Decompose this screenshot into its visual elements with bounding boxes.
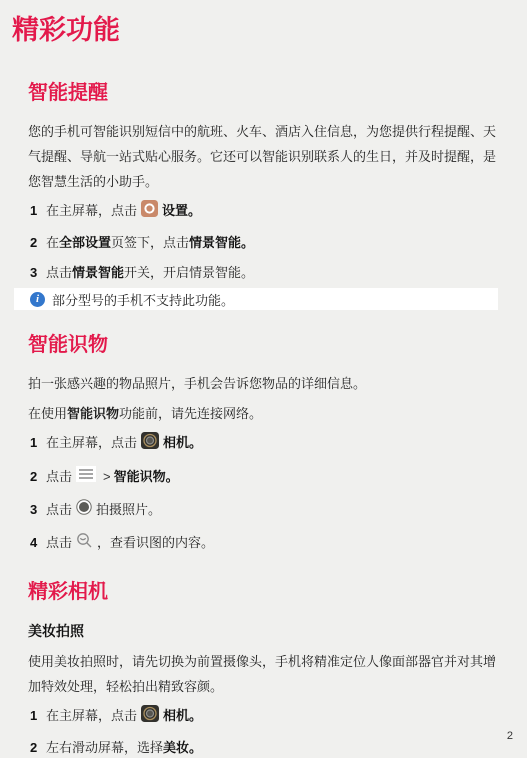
step-number: 2 [30, 234, 46, 251]
image-recognition-magnifier-icon [76, 532, 93, 553]
step-number: 1 [30, 434, 46, 451]
step-text: 页签下，点击 [111, 234, 189, 251]
step-item: 4 点击 ，查看识图的内容。 [30, 532, 507, 553]
step-number: 1 [30, 202, 46, 219]
step-text: 在主屏幕，点击 [46, 202, 137, 219]
step-text: 在主屏幕，点击 [46, 434, 137, 451]
step-bold-label: 情景智能 [72, 264, 124, 281]
info-icon: i [30, 292, 45, 307]
step-number: 2 [30, 468, 46, 485]
step-text: 拍摄照片。 [96, 501, 161, 518]
step-item: 3 点击 情景智能 开关，开启情景智能。 [30, 264, 507, 281]
step-bold-label: 相机。 [163, 434, 202, 451]
step-item: 3 点击 拍摄照片。 [30, 499, 507, 519]
sub-heading-beauty-mode: 美妆拍照 [28, 623, 499, 640]
step-text: 点击 [46, 468, 72, 485]
step-item: 1 在主屏幕，点击 相机。 [30, 705, 507, 726]
step-item: 2 在 全部设置 页签下，点击 情景智能。 [30, 234, 507, 251]
inline-bold-label: 智能识物 [67, 406, 119, 421]
step-text: 左右滑动屏幕，选择 [46, 739, 163, 756]
section-intro: 使用美妆拍照时，请先切换为前置摄像头，手机将精准定位人像面部器官并对其增加特效处… [28, 649, 501, 699]
note-banner: i 部分型号的手机不支持此功能。 [14, 288, 498, 310]
camera-menu-icon [76, 466, 96, 486]
page-number: 2 [507, 730, 513, 742]
step-text: 在主屏幕，点击 [46, 707, 137, 724]
step-number: 3 [30, 501, 46, 518]
step-item: 1 在主屏幕，点击 设置。 [30, 200, 507, 221]
step-number: 3 [30, 264, 46, 281]
step-list: 1 在主屏幕，点击 设置。 2 在 全部设置 页签下，点击 情景智能。 3 点击… [0, 200, 527, 281]
step-bold-label: 相机。 [163, 707, 202, 724]
note-text: 部分型号的手机不支持此功能。 [52, 290, 234, 309]
step-text: 在 [46, 234, 59, 251]
section-heading: 智能提醒 [28, 81, 527, 105]
camera-app-icon [141, 705, 159, 726]
step-bold-label: 情景智能。 [189, 234, 254, 251]
step-bold-label: 美妆。 [163, 739, 202, 756]
section-object-recognition: 智能识物 拍一张感兴趣的物品照片，手机会告诉您物品的详细信息。 在使用智能识物功… [0, 333, 527, 553]
step-text: 点击 [46, 534, 72, 551]
section-smart-reminder: 智能提醒 您的手机可智能识别短信中的航班、火车、酒店入住信息，为您提供行程提醒、… [0, 81, 527, 310]
section-intro: 拍一张感兴趣的物品照片，手机会告诉您物品的详细信息。 [28, 371, 501, 396]
chevron-separator: > [103, 468, 111, 485]
step-text: 点击 [46, 501, 72, 518]
step-text: 点击 [46, 264, 72, 281]
section-heading: 智能识物 [28, 333, 527, 357]
section-heading: 精彩相机 [28, 580, 527, 604]
settings-app-icon [141, 200, 158, 221]
step-text: 开关，开启情景智能。 [124, 264, 254, 281]
section-intro: 您的手机可智能识别短信中的航班、火车、酒店入住信息，为您提供行程提醒、天气提醒、… [28, 119, 501, 194]
manual-page: 精彩功能 智能提醒 您的手机可智能识别短信中的航班、火车、酒店入住信息，为您提供… [0, 0, 527, 758]
step-item: 2 左右滑动屏幕，选择 美妆。 [30, 739, 507, 756]
step-bold-label: 智能识物。 [114, 468, 179, 485]
step-number: 1 [30, 707, 46, 724]
step-text: ，查看识图的内容。 [97, 534, 214, 551]
camera-app-icon [141, 432, 159, 453]
camera-shutter-icon [76, 499, 92, 519]
step-number: 4 [30, 534, 46, 551]
step-item: 1 在主屏幕，点击 相机。 [30, 432, 507, 453]
step-item: 2 点击 > 智能识物。 [30, 466, 507, 486]
page-title: 精彩功能 [0, 0, 527, 46]
step-bold-label: 设置。 [162, 202, 201, 219]
step-bold-label: 全部设置 [59, 234, 111, 251]
section-intro: 在使用智能识物功能前，请先连接网络。 [28, 401, 501, 426]
step-list: 1 在主屏幕，点击 相机。 2 左右滑动屏幕，选择 美妆。 [0, 705, 527, 756]
section-camera-features: 精彩相机 美妆拍照 使用美妆拍照时，请先切换为前置摄像头，手机将精准定位人像面部… [0, 580, 527, 756]
step-list: 1 在主屏幕，点击 相机。 2 点击 > 智能识物。 3 点击 拍摄照片。 4 … [0, 432, 527, 553]
step-number: 2 [30, 739, 46, 756]
